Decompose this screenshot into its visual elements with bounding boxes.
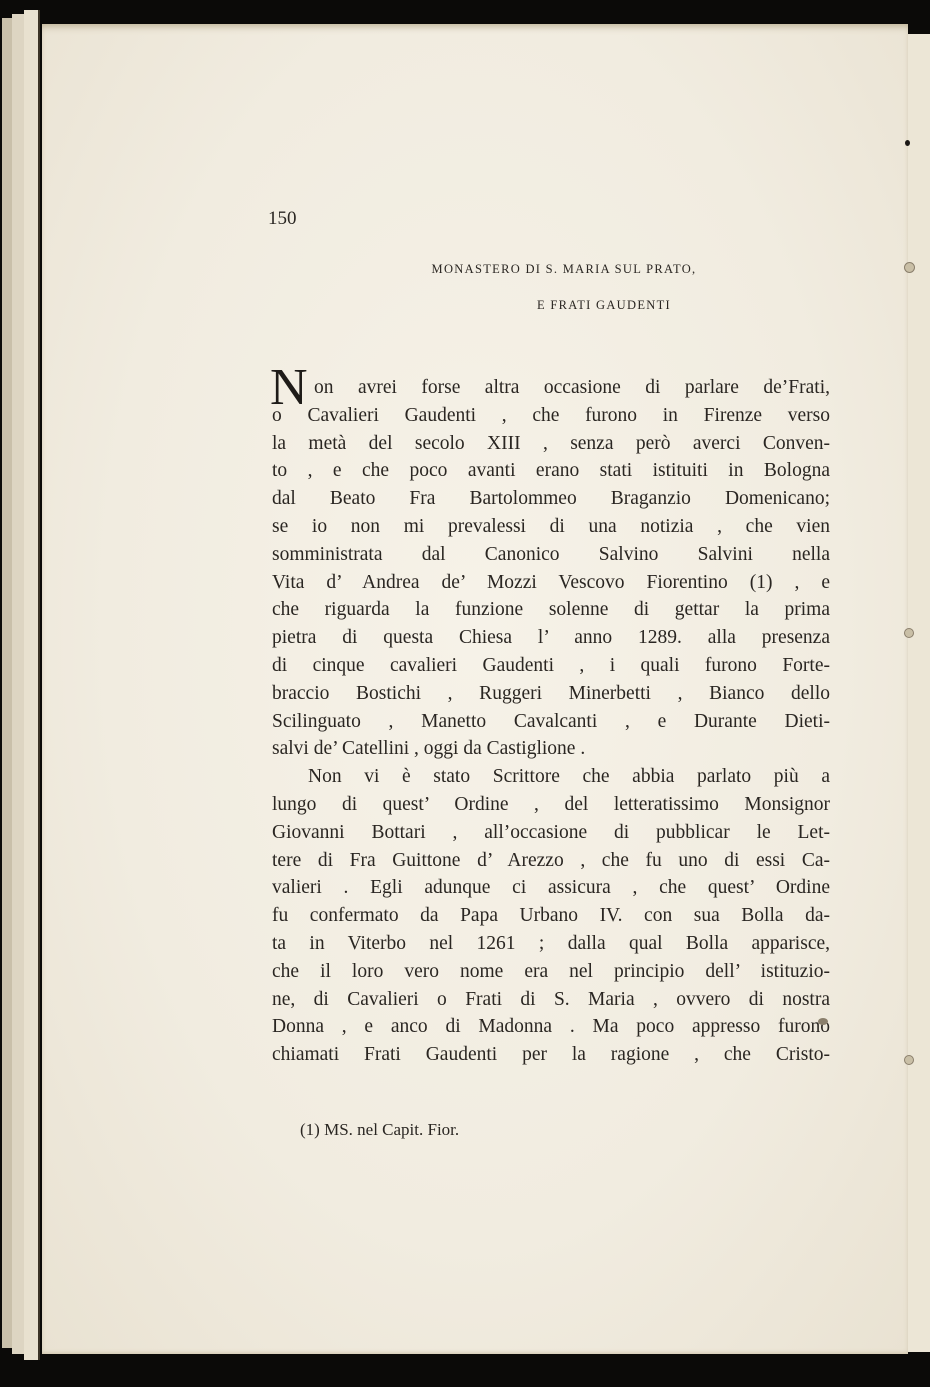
paragraph-1-line: Vita d’ Andrea de’ Mozzi Vescovo Fiorent… xyxy=(272,569,830,597)
paragraph-1-line: o Cavalieri Gaudenti , che furono in Fir… xyxy=(272,402,830,430)
paragraph-2-line: ne, di Cavalieri o Frati di S. Maria , o… xyxy=(272,986,830,1014)
paragraph-2-line: Giovanni Bottari , all’occasione di pubb… xyxy=(272,819,830,847)
paragraph-1-line: Scilinguato , Manetto Cavalcanti , e Dur… xyxy=(272,708,830,736)
page-edge xyxy=(24,10,40,1360)
paragraph-2-line: fu confermato da Papa Urbano IV. con sua… xyxy=(272,902,830,930)
paragraph-1-line: di cinque cavalieri Gaudenti , i quali f… xyxy=(272,652,830,680)
binding-hole xyxy=(905,140,910,146)
chapter-subheading: E FRATI GAUDENTI xyxy=(312,298,896,313)
paragraph-1-line: Non avrei forse altra occasione di parla… xyxy=(272,374,830,402)
right-page-edge xyxy=(906,34,930,1352)
paragraph-2-line: valieri . Egli adunque ci assicura , che… xyxy=(272,874,830,902)
paragraph-1-line: pietra di questa Chiesa l’ anno 1289. al… xyxy=(272,624,830,652)
binding-hole xyxy=(904,628,914,638)
paragraph-1-line: la metà del secolo XIII , senza però ave… xyxy=(272,430,830,458)
body-text: Non avrei forse altra occasione di parla… xyxy=(272,374,830,1069)
paragraph-1-line: somministrata dal Canonico Salvino Salvi… xyxy=(272,541,830,569)
page-number: 150 xyxy=(268,208,297,230)
paragraph-2-line: chiamati Frati Gaudenti per la ragione ,… xyxy=(272,1041,830,1069)
book-page: 150 MONASTERO DI S. MARIA SUL PRATO, E F… xyxy=(42,24,908,1354)
chapter-heading: MONASTERO DI S. MARIA SUL PRATO, xyxy=(272,262,856,277)
paragraph-1-line: se io non mi prevalessi di una notizia ,… xyxy=(272,513,830,541)
paper-stain xyxy=(818,1018,828,1025)
paragraph-1-line: dal Beato Fra Bartolommeo Braganzio Dome… xyxy=(272,485,830,513)
paragraph-1-line: che riguarda la funzione solenne di gett… xyxy=(272,596,830,624)
paragraph-1-line: salvi de’ Catellini , oggi da Castiglion… xyxy=(272,735,830,763)
paragraph-2-line: Donna , e anco di Madonna . Ma poco appr… xyxy=(272,1013,830,1041)
paragraph-2-line: Non vi è stato Scrittore che abbia parla… xyxy=(272,763,830,791)
paragraph-2-line: tere di Fra Guittone d’ Arezzo , che fu … xyxy=(272,847,830,875)
paragraph-2-line: ta in Viterbo nel 1261 ; dalla qual Boll… xyxy=(272,930,830,958)
paragraph-1-line: braccio Bostichi , Ruggeri Minerbetti , … xyxy=(272,680,830,708)
binding-hole xyxy=(904,1055,914,1065)
paragraph-2-line: lungo di quest’ Ordine , del letteratiss… xyxy=(272,791,830,819)
book-scan: 150 MONASTERO DI S. MARIA SUL PRATO, E F… xyxy=(0,0,930,1387)
paragraph-1-line: to , e che poco avanti erano stati istit… xyxy=(272,457,830,485)
binding-hole xyxy=(904,262,915,273)
paragraph-2-line: che il loro vero nome era nel principio … xyxy=(272,958,830,986)
footnote: (1) MS. nel Capit. Fior. xyxy=(300,1120,459,1140)
drop-cap: N xyxy=(270,368,308,408)
